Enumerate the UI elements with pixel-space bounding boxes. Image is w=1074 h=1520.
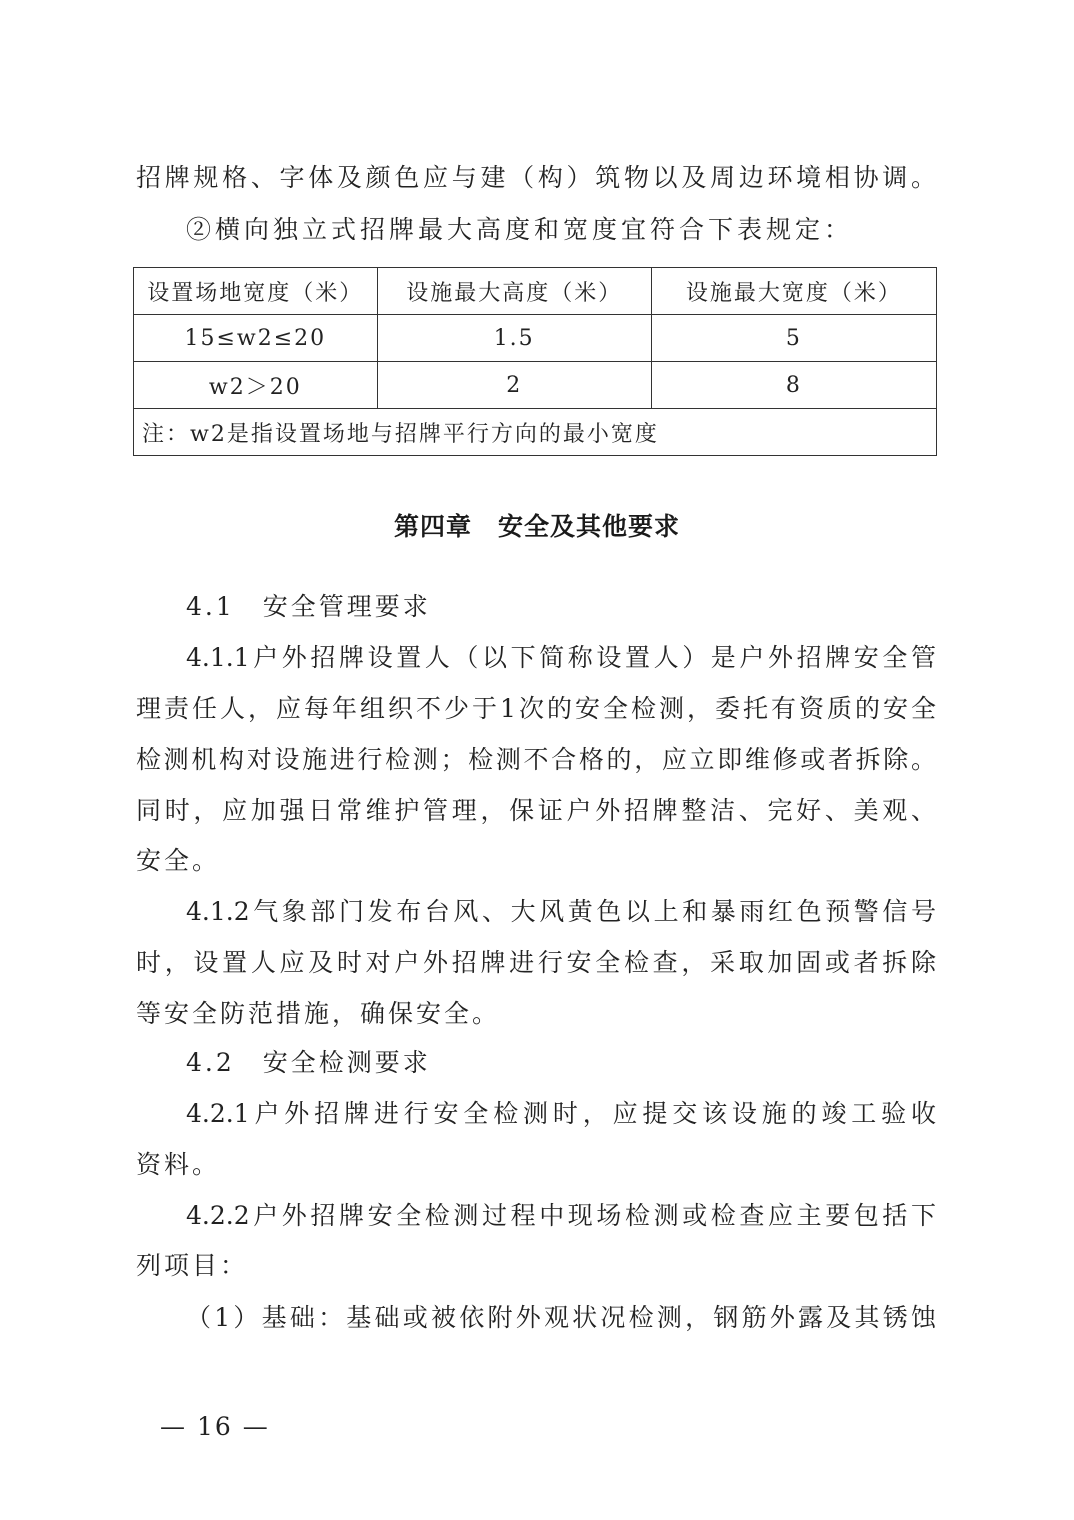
paragraph-4-1-1-line: 理责任人，应每年组织不少于1次的安全检测，委托有资质的安全 (136, 694, 936, 724)
table-cell: 15≤w2≤20 (134, 315, 378, 362)
table-caption: ②横向独立式招牌最大高度和宽度宜符合下表规定： (186, 215, 853, 245)
table-cell: 1.5 (377, 315, 651, 362)
paragraph-4-2-1-line: 4.2.1户外招牌进行安全检测时，应提交该设施的竣工验收 (186, 1099, 936, 1129)
chapter-title: 安全及其他要求 (498, 512, 680, 541)
paragraph-4-1-1-line: 检测机构对设施进行检测；检测不合格的，应立即维修或者拆除。 (136, 745, 936, 775)
chapter-number: 第四章 (394, 512, 472, 541)
table-header-row: 设置场地宽度（米） 设施最大高度（米） 设施最大宽度（米） (134, 268, 937, 315)
table-cell: w2＞20 (134, 362, 378, 409)
paragraph-4-1-2-line: 时，设置人应及时对户外招牌进行安全检查，采取加固或者拆除 (136, 948, 936, 978)
table-cell: 5 (651, 315, 936, 362)
section-heading-4-2: 4.2 安全检测要求 (186, 1048, 431, 1078)
paragraph-4-1-2-line: 等安全防范措施，确保安全。 (136, 999, 500, 1029)
intro-paragraph-line: 招牌规格、字体及颜色应与建（构）筑物以及周边环境相协调。 (136, 163, 936, 193)
page-number: — 16 — (160, 1412, 270, 1442)
table-cell: 8 (651, 362, 936, 409)
paragraph-4-1-1-line: 安全。 (136, 846, 220, 876)
paragraph-4-2-2-line: 4.2.2户外招牌安全检测过程中现场检测或检查应主要包括下 (186, 1201, 936, 1231)
table-header-cell: 设施最大宽度（米） (651, 268, 936, 315)
list-item-1: （1）基础：基础或被依附外观状况检测，钢筋外露及其锈蚀 (186, 1303, 936, 1333)
paragraph-4-2-2-line: 列项目： (136, 1251, 248, 1281)
chapter-heading: 第四章安全及其他要求 (0, 512, 1074, 542)
paragraph-4-1-1-line: 4.1.1户外招牌设置人（以下简称设置人）是户外招牌安全管 (186, 643, 936, 673)
table-note: 注：w2是指设置场地与招牌平行方向的最小宽度 (134, 409, 937, 456)
paragraph-4-1-1-line: 同时，应加强日常维护管理，保证户外招牌整洁、完好、美观、 (136, 796, 936, 826)
table-header-cell: 设置场地宽度（米） (134, 268, 378, 315)
table-row: w2＞20 2 8 (134, 362, 937, 409)
paragraph-4-1-2-line: 4.1.2气象部门发布台风、大风黄色以上和暴雨红色预警信号 (186, 897, 936, 927)
paragraph-4-2-1-line: 资料。 (136, 1150, 220, 1180)
table-header-cell: 设施最大高度（米） (377, 268, 651, 315)
table-note-row: 注：w2是指设置场地与招牌平行方向的最小宽度 (134, 409, 937, 456)
table-cell: 2 (377, 362, 651, 409)
signboard-size-table: 设置场地宽度（米） 设施最大高度（米） 设施最大宽度（米） 15≤w2≤20 1… (133, 267, 937, 456)
table-row: 15≤w2≤20 1.5 5 (134, 315, 937, 362)
section-heading-4-1: 4.1 安全管理要求 (186, 592, 431, 622)
